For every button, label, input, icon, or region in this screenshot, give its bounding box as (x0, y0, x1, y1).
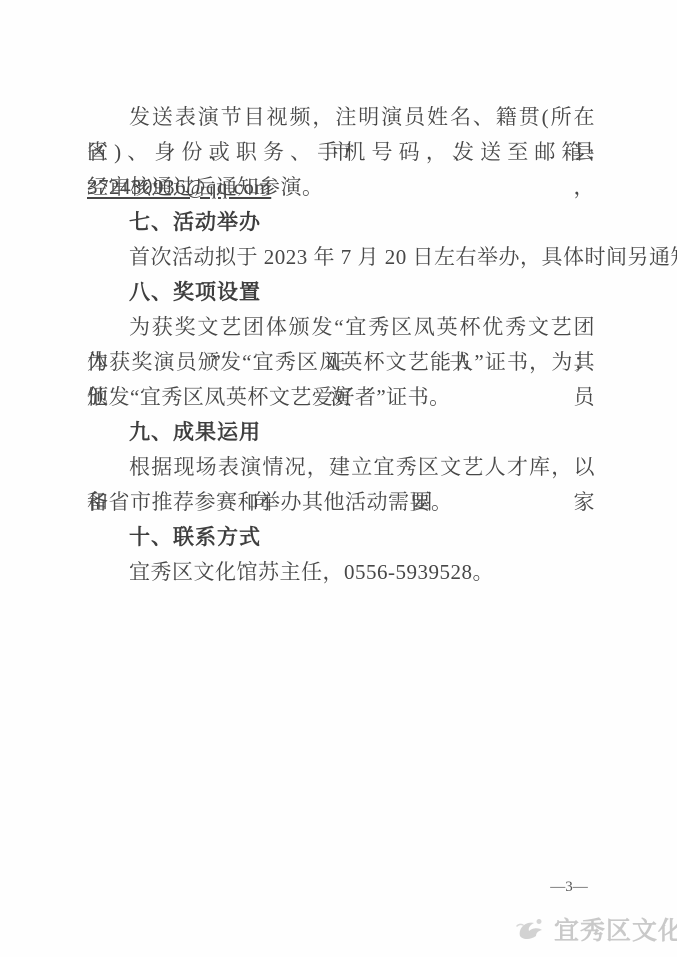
document-page: 发送表演节目视频，注明演员姓名、籍贯(所在省、市、县 区)、身份或职务、手机号码… (0, 0, 677, 957)
page-number: —3— (534, 879, 604, 896)
paragraph-line: 区)、身份或职务、手机号码，发送至邮箱: 372430936@qq.com， (87, 135, 595, 170)
watermark: 宜秀区文化馆 (514, 908, 677, 950)
section-heading-10: 十、联系方式 (87, 520, 595, 555)
section-heading-9: 九、成果运用 (87, 415, 595, 450)
paragraph-line: 根据现场表演情况，建立宜秀区文艺人才库，以备向国家 (87, 450, 595, 485)
paragraph-line: 发送表演节目视频，注明演员姓名、籍贯(所在省、市、县 (87, 100, 595, 135)
section-heading-7: 七、活动举办 (87, 205, 595, 240)
section-heading-8: 八、奖项设置 (87, 275, 595, 310)
paragraph-line: 首次活动拟于 2023 年 7 月 20 日左右举办，具体时间另通知。 (87, 240, 595, 275)
watermark-label: 宜秀区文化馆 (554, 911, 677, 947)
culture-center-logo-icon (514, 914, 548, 944)
paragraph-text: 区)、身份或职务、手机号码，发送至邮箱: (87, 140, 595, 164)
paragraph-line: 宜秀区文化馆苏主任，0556-5939528。 (87, 555, 595, 590)
paragraph-line: 为获奖演员颁发“宜秀区凤英杯文艺能人”证书，为其他演员 (87, 345, 595, 380)
paragraph-line: 为获奖文艺团体颁发“宜秀区凤英杯优秀文艺团体”证书； (87, 310, 595, 345)
document-body: 发送表演节目视频，注明演员姓名、籍贯(所在省、市、县 区)、身份或职务、手机号码… (87, 100, 595, 590)
